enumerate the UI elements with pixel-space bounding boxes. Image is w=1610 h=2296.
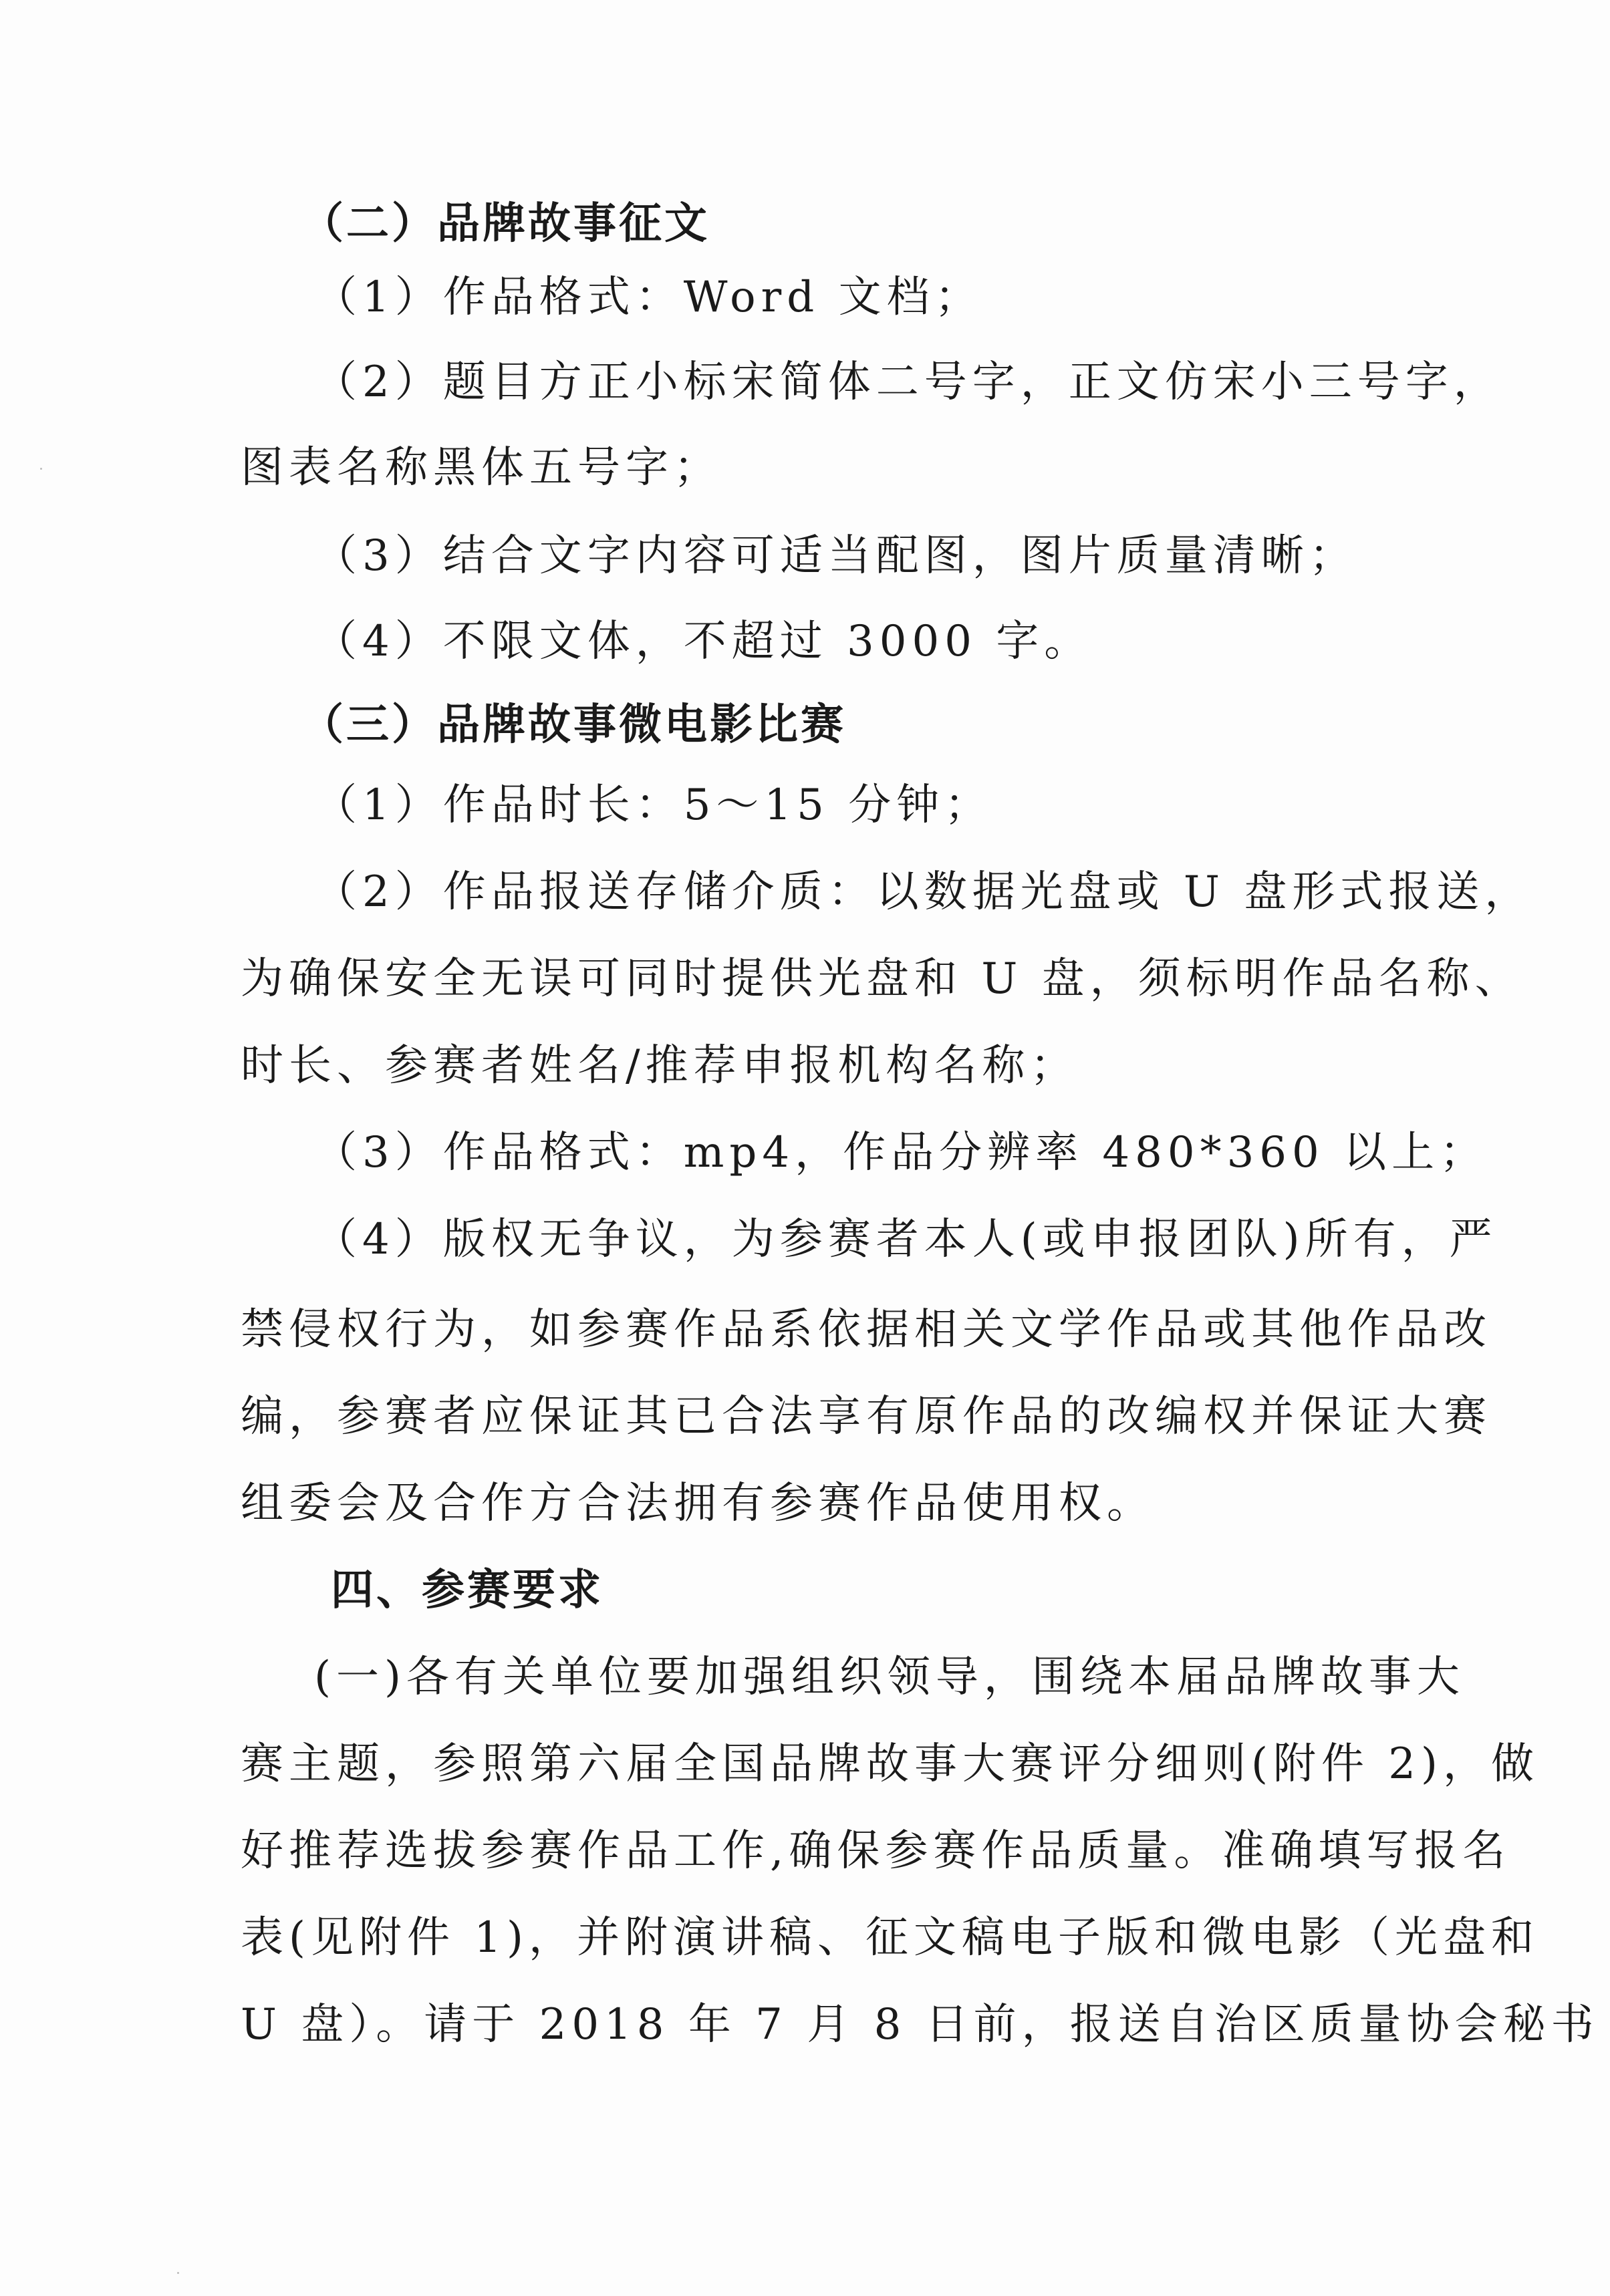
requirements-para-1: (一)各有关单位要加强组织领导，围绕本届品牌故事大: [314, 1651, 1464, 1704]
scanned-document-page: （二）品牌故事征文 （1）作品格式：Word 文档； （2）题目方正小标宋简体二…: [0, 0, 1610, 2296]
film-item-4-cont-2: 编，参赛者应保证其已合法享有原作品的改编权并保证大赛: [241, 1390, 1390, 1443]
essay-item-1: （1）作品格式：Word 文档；: [314, 271, 1464, 324]
scan-speck: [177, 2272, 179, 2274]
requirements-para-1-cont-4: U 盘）。请于 2018 年 7 月 8 日前，报送自治区质量协会秘书: [241, 1998, 1390, 2051]
scan-speck: [40, 468, 42, 470]
film-item-4-cont-3: 组委会及合作方合法拥有参赛作品使用权。: [241, 1477, 1390, 1530]
essay-item-3: （3）结合文字内容可适当配图，图片质量清晰；: [314, 529, 1464, 583]
essay-item-2: （2）题目方正小标宋简体二号字，正文仿宋小三号字，: [314, 355, 1464, 409]
film-item-2-cont-1: 为确保安全无误可同时提供光盘和 U 盘，须标明作品名称、: [241, 952, 1390, 1006]
essay-item-2-cont: 图表名称黑体五号字；: [241, 441, 1390, 494]
section-heading-micro-film: （三）品牌故事微电影比赛: [301, 698, 1450, 752]
film-item-4-cont-1: 禁侵权行为，如参赛作品系依据相关文学作品或其他作品改: [241, 1303, 1390, 1356]
requirements-para-1-cont-3: 表(见附件 1)，并附演讲稿、征文稿电子版和微电影（光盘和: [241, 1911, 1390, 1965]
film-item-1: （1）作品时长：5～15 分钟；: [314, 778, 1464, 832]
requirements-para-1-cont-1: 赛主题，参照第六届全国品牌故事大赛评分细则(附件 2)，做: [241, 1737, 1390, 1791]
essay-item-4: （4）不限文体，不超过 3000 字。: [314, 615, 1464, 668]
film-item-2-cont-2: 时长、参赛者姓名/推荐申报机构名称；: [241, 1039, 1390, 1093]
section-heading-essay: （二）品牌故事征文: [301, 197, 1450, 251]
requirements-para-1-cont-2: 好推荐选拔参赛作品工作,确保参赛作品质量。准确填写报名: [241, 1824, 1390, 1878]
film-item-3: （3）作品格式：mp4，作品分辨率 480*360 以上；: [314, 1126, 1464, 1179]
film-item-4: （4）版权无争议，为参赛者本人(或申报团队)所有，严: [314, 1213, 1464, 1266]
film-item-2: （2）作品报送存储介质：以数据光盘或 U 盘形式报送，: [314, 865, 1464, 919]
section-heading-requirements: 四、参赛要求: [331, 1564, 1480, 1617]
